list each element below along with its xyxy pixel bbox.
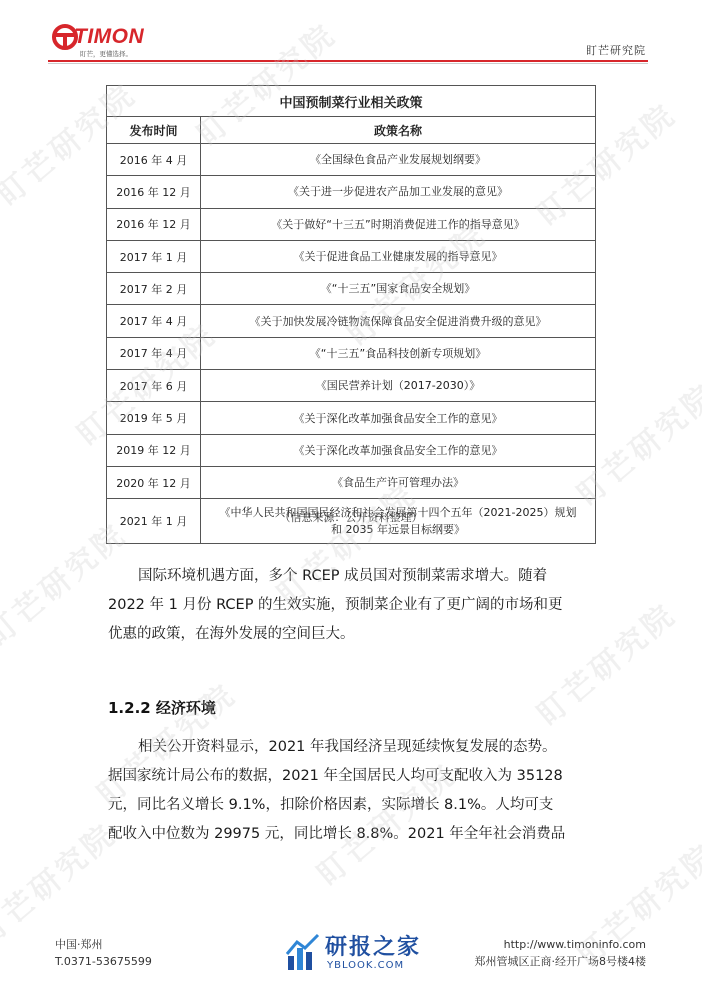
table-row: 2019 年 5 月《关于深化改革加强食品安全工作的意见》 [107,402,596,434]
bar-chart-icon [285,932,321,972]
yblook-title: 研报之家 [325,930,421,961]
row-policy-name: 《食品生产许可管理办法》 [201,466,596,498]
row-date: 2017 年 4 月 [107,337,201,369]
watermark-text: 盯芒研究院 [0,811,124,954]
column-header-policy: 政策名称 [201,117,596,144]
logo-tagline: 盯芒，更懂选择。 [80,49,132,58]
paragraph-line: 国际环境机遇方面，多个 RCEP 成员国对预制菜需求增大。随着 [108,562,648,591]
yblook-subtitle: YBLOOK.COM [327,960,404,971]
row-policy-name: 《关于深化改革加强食品安全工作的意见》 [201,434,596,466]
policy-table: 中国预制菜行业相关政策 发布时间 政策名称 2016 年 4 月《全国绿色食品产… [106,85,596,544]
row-policy-name: 《关于加快发展冷链物流保障食品安全促进消费升级的意见》 [201,305,596,337]
row-date: 2017 年 2 月 [107,273,201,305]
footer-website[interactable]: http://www.timoninfo.com [475,936,647,953]
row-date: 2016 年 12 月 [107,208,201,240]
table-row: 2016 年 12 月《关于做好“十三五”时期消费促进工作的指导意见》 [107,208,596,240]
row-policy-name: 《关于做好“十三五”时期消费促进工作的指导意见》 [201,208,596,240]
row-date: 2017 年 6 月 [107,370,201,402]
row-date: 2016 年 12 月 [107,176,201,208]
table-row: 2020 年 12 月《食品生产许可管理办法》 [107,466,596,498]
timon-logo: TIMON 盯芒，更懂选择。 [52,22,162,58]
row-policy-name: 《“十三五”国家食品安全规划》 [201,273,596,305]
footer-street-address: 郑州管城区正商·经开广场8号楼4楼 [475,953,647,970]
footer-address: http://www.timoninfo.com 郑州管城区正商·经开广场8号楼… [475,936,647,970]
table-row: 2017 年 1 月《关于促进食品工业健康发展的指导意见》 [107,240,596,272]
row-date: 2017 年 4 月 [107,305,201,337]
table-row: 2017 年 2 月《“十三五”国家食品安全规划》 [107,273,596,305]
footer-location: 中国·郑州 [55,936,152,953]
section-heading: 1.2.2 经济环境 [108,697,216,718]
row-date: 2017 年 1 月 [107,240,201,272]
org-name: 盯芒研究院 [586,42,646,58]
column-header-date: 发布时间 [107,117,201,144]
row-date: 2020 年 12 月 [107,466,201,498]
row-policy-name: 《关于进一步促进农产品加工业发展的意见》 [201,176,596,208]
paragraph-line: 据国家统计局公布的数据，2021 年全国居民人均可支配收入为 35128 [108,762,648,791]
row-policy-name: 《关于深化改革加强食品安全工作的意见》 [201,402,596,434]
row-policy-name: 《全国绿色食品产业发展规划纲要》 [201,144,596,176]
paragraph-line: 元，同比名义增长 9.1%，扣除价格因素，实际增长 8.1%。人均可支 [108,791,648,820]
table-row: 2019 年 12 月《关于深化改革加强食品安全工作的意见》 [107,434,596,466]
paragraph-line: 优惠的政策，在海外发展的空间巨大。 [108,620,648,649]
footer-contact: 中国·郑州 T.0371-53675599 [55,936,152,970]
paragraph-line: 2022 年 1 月份 RCEP 的生效实施，预制菜企业有了更广阔的市场和更 [108,591,648,620]
row-policy-name: 《关于促进食品工业健康发展的指导意见》 [201,240,596,272]
page-header: TIMON 盯芒，更懂选择。 盯芒研究院 [0,0,702,62]
table-row: 2017 年 4 月《“十三五”食品科技创新专项规划》 [107,337,596,369]
row-policy-name: 《国民营养计划（2017-2030）》 [201,370,596,402]
table-row: 2016 年 12 月《关于进一步促进农产品加工业发展的意见》 [107,176,596,208]
paragraph-economy: 相关公开资料显示，2021 年我国经济呈现延续恢复发展的态势。 据国家统计局公布… [108,733,648,849]
yblook-watermark-logo: 研报之家 YBLOOK.COM [285,930,445,980]
paragraph-line: 相关公开资料显示，2021 年我国经济呈现延续恢复发展的态势。 [108,733,648,762]
footer-phone: T.0371-53675599 [55,953,152,970]
header-divider-gray [48,63,648,64]
logo-text: TIMON [74,25,144,49]
row-date: 2019 年 12 月 [107,434,201,466]
table-title: 中国预制菜行业相关政策 [107,86,596,117]
table-header-row: 发布时间 政策名称 [107,117,596,144]
row-date: 2016 年 4 月 [107,144,201,176]
table-source-note: （信息来源：公开资料整理） [0,509,702,525]
table-row: 2017 年 4 月《关于加快发展冷链物流保障食品安全促进消费升级的意见》 [107,305,596,337]
table-row: 2017 年 6 月《国民营养计划（2017-2030）》 [107,370,596,402]
paragraph-line: 配收入中位数为 29975 元，同比增长 8.8%。2021 年全年社会消费品 [108,820,648,849]
header-divider-red [48,60,648,62]
row-policy-name: 《“十三五”食品科技创新专项规划》 [201,337,596,369]
row-date: 2019 年 5 月 [107,402,201,434]
paragraph-international: 国际环境机遇方面，多个 RCEP 成员国对预制菜需求增大。随着 2022 年 1… [108,562,648,649]
table-row: 2016 年 4 月《全国绿色食品产业发展规划纲要》 [107,144,596,176]
table-title-row: 中国预制菜行业相关政策 [107,86,596,117]
